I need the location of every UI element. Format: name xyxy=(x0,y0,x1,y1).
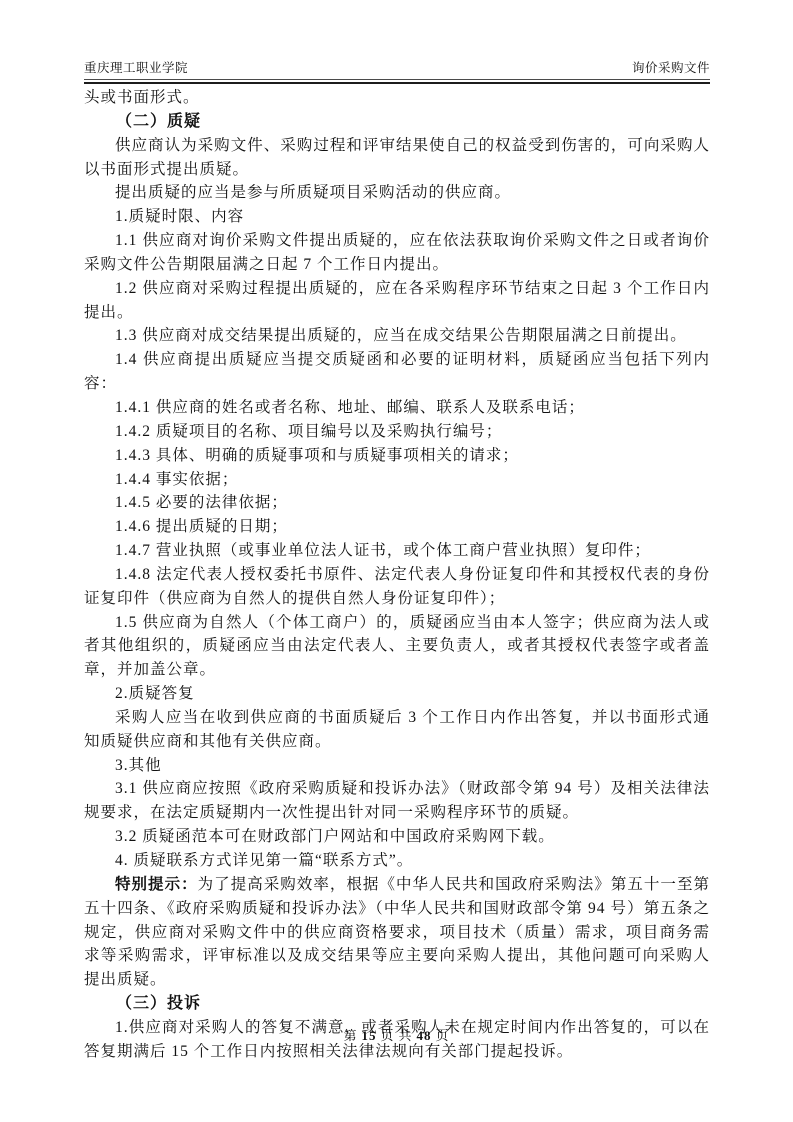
section-heading-zhiyi: （二）质疑 xyxy=(84,110,710,134)
paragraph-clause-1-4-5: 1.4.5 必要的法律依据； xyxy=(84,491,710,515)
paragraph-clause-1-4-1: 1.4.1 供应商的姓名或者名称、地址、邮编、联系人及联系电话； xyxy=(84,396,710,420)
header-divider-rule xyxy=(84,79,710,84)
paragraph-clause-3-1: 3.1 供应商应按照《政府采购质疑和投诉办法》（财政部令第 94 号）及相关法律… xyxy=(84,777,710,825)
paragraph-clause-1: 1.质疑时限、内容 xyxy=(84,205,710,229)
paragraph-clause-1-4-3: 1.4.3 具体、明确的质疑事项和与质疑事项相关的请求； xyxy=(84,444,710,468)
paragraph-clause-1-4-8: 1.4.8 法定代表人授权委托书原件、法定代表人身份证复印件和其授权代表的身份证… xyxy=(84,563,710,611)
paragraph-clause-2: 2.质疑答复 xyxy=(84,682,710,706)
header-left-org-name: 重庆理工职业学院 xyxy=(84,60,188,76)
footer-word-di: 第 xyxy=(343,1028,357,1043)
paragraph-clause-1-3: 1.3 供应商对成交结果提出质疑的，应当在成交结果公告期限届满之日前提出。 xyxy=(84,324,710,348)
document-page: 重庆理工职业学院 询价采购文件 头或书面形式。 （二）质疑 供应商认为采购文件、… xyxy=(0,0,793,1122)
section-heading-tousu: （三）投诉 xyxy=(84,992,710,1016)
paragraph-clause-3-2: 3.2 质疑函范本可在财政部门户网站和中国政府采购网下载。 xyxy=(84,825,710,849)
footer-page-number: 15 xyxy=(361,1028,376,1043)
paragraph-clause-1-4-2: 1.4.2 质疑项目的名称、项目编号以及采购执行编号； xyxy=(84,420,710,444)
paragraph: 采购人应当在收到供应商的书面质疑后 3 个工作日内作出答复，并以书面形式通知质疑… xyxy=(84,706,710,754)
paragraph-clause-1-2: 1.2 供应商对采购过程提出质疑的，应在各采购程序环节结束之日起 3 个工作日内… xyxy=(84,277,710,325)
footer-word-ye1: 页 xyxy=(380,1028,394,1043)
paragraph-carryover: 头或书面形式。 xyxy=(84,86,710,110)
paragraph-clause-1-4-6: 1.4.6 提出质疑的日期； xyxy=(84,515,710,539)
special-notice-label: 特别提示： xyxy=(115,876,198,893)
page-footer: 第15页共48页 xyxy=(0,1028,793,1044)
document-body: 头或书面形式。 （二）质疑 供应商认为采购文件、采购过程和评审结果使自己的权益受… xyxy=(84,86,710,1064)
paragraph-clause-4: 4. 质疑联系方式详见第一篇“联系方式”。 xyxy=(84,849,710,873)
paragraph-clause-1-4-4: 1.4.4 事实依据； xyxy=(84,468,710,492)
footer-word-ye2: 页 xyxy=(436,1028,450,1043)
paragraph-special-notice: 特别提示：为了提高采购效率，根据《中华人民共和国政府采购法》第五十一至第五十四条… xyxy=(84,873,710,992)
paragraph-clause-1-5: 1.5 供应商为自然人（个体工商户）的，质疑函应当由本人签字；供应商为法人或者其… xyxy=(84,611,710,683)
footer-word-gong: 共 xyxy=(399,1028,413,1043)
paragraph-clause-3: 3.其他 xyxy=(84,754,710,778)
page-header: 重庆理工职业学院 询价采购文件 xyxy=(84,60,710,84)
paragraph: 提出质疑的应当是参与所质疑项目采购活动的供应商。 xyxy=(84,181,710,205)
paragraph-clause-1-1: 1.1 供应商对询价采购文件提出质疑的，应在依法获取询价采购文件之日或者询价采购… xyxy=(84,229,710,277)
paragraph-clause-1-4-7: 1.4.7 营业执照（或事业单位法人证书，或个体工商户营业执照）复印件； xyxy=(84,539,710,563)
paragraph: 供应商认为采购文件、采购过程和评审结果使自己的权益受到伤害的，可向采购人以书面形… xyxy=(84,134,710,182)
header-right-doc-type: 询价采购文件 xyxy=(632,60,710,76)
paragraph-clause-1-4: 1.4 供应商提出质疑应当提交质疑函和必要的证明材料，质疑函应当包括下列内容： xyxy=(84,348,710,396)
footer-total-pages: 48 xyxy=(417,1028,432,1043)
